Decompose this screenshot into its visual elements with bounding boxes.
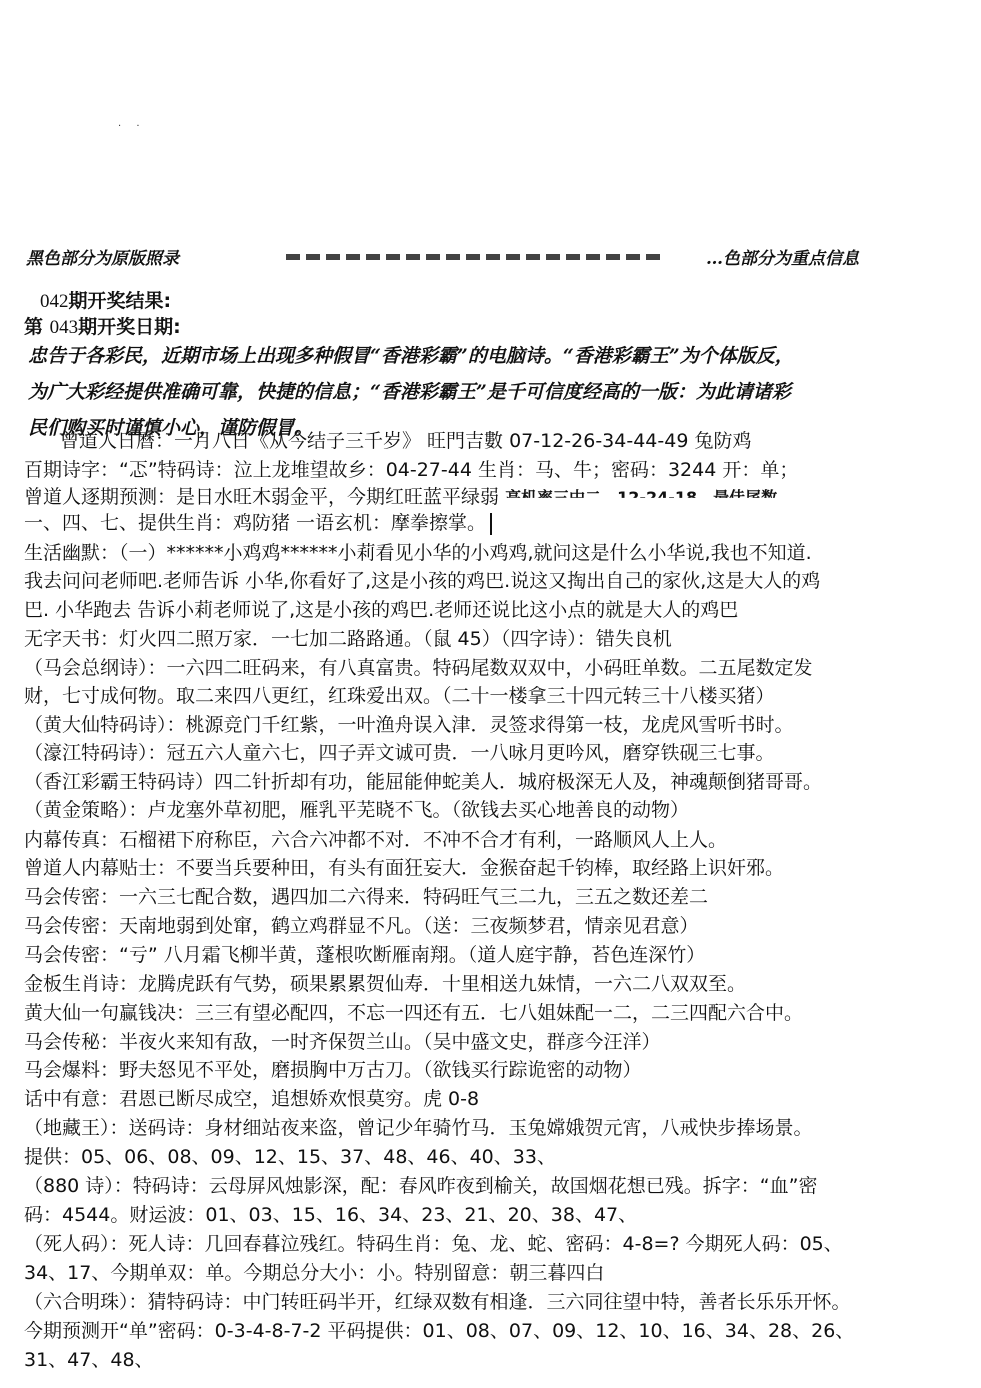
zodiac-text: 一、四、七、提供生肖：鸡防猪 一语玄机：摩拳擦掌。 [24, 512, 486, 534]
text-line: （黄大仙特码诗）：桃源竞门千红紫，一叶渔舟误入津．灵签求得第一枝，龙虎风雪听书时… [24, 713, 794, 737]
text-line: 马会传密：天南地弱到处窜，鹤立鸡群显不凡。（送：三夜频梦君，情亲见君意） [24, 914, 699, 938]
text-line: 内幕传真：石榴裙下府称臣，六合六冲都不对．不冲不合才有利，一路顺风人上人。 [24, 828, 727, 852]
issue-number: 042 [40, 291, 69, 312]
text-line: 今期预测开“单”密码：0-3-4-8-7-2 平码提供：01、08、07、09、… [24, 1319, 854, 1343]
header-middle-obscured [286, 254, 666, 260]
text-line: （六合明珠）：猜特码诗：中门转旺码半开，红绿双数有相逢．三六同往望中特，善者长乐… [24, 1290, 851, 1314]
text-cursor [490, 513, 492, 535]
text-line: 无字天书：灯火四二照万家．一七加二路路通。（鼠 45）（四字诗）：错失良机 [24, 627, 672, 651]
text-line: 黄大仙一句赢钱决：三三有望必配四，不忘一四还有五．七八姐妹配一二，二三四配六合中… [24, 1001, 803, 1025]
text-line: 马会传密：“亏” 八月霜飞柳半黄，蓬根吹断雁南翔。（道人庭宇静，苔色连深竹） [24, 943, 705, 967]
text-line: 提供：05、06、08、09、12、15、37、48、46、40、33、 [24, 1145, 556, 1169]
notice-line: 为广大彩经提供准确可靠，快捷的信息；“香港彩霸王”是千可信度经高的一版：为此请诸… [28, 374, 791, 410]
text-line: （马会总纲诗）：一六四二旺码来，有八真富贵。特码尾数双双中，小码旺单数。二五尾数… [24, 656, 813, 680]
text-line: （死人码）：死人诗：几回春暮泣残红。特码生肖：兔、龙、蛇、密码：4-8=? 今期… [24, 1232, 843, 1256]
text-line: 金板生肖诗：龙腾虎跃有气势，硕果累累贺仙寿．十里相送九妹情，一六二八双双至。 [24, 972, 746, 996]
result-text: 期开奖结果: [69, 290, 172, 312]
next-prefix: 第 [24, 316, 43, 338]
notice-line: 忠告于各彩民，近期市场上出现多种假冒“香港彩霸”的电脑诗。“香港彩霸王”为个体版… [28, 338, 794, 374]
text-line: 马会爆料：野夫怒见不平处，磨损胸中万古刀。（欲钱买行踪诡密的动物） [24, 1058, 642, 1082]
text-line: 一、四、七、提供生肖：鸡防猪 一语玄机：摩拳擦掌。 [24, 511, 492, 535]
text-line: 财，七寸成何物。取二来四八更红，红珠爱出双。（二十一楼拿三十四元转三十八楼买猪） [24, 684, 775, 708]
previous-result-label: 042期开奖结果: [40, 289, 171, 314]
page-header: 黑色部分为原版照录 …色部分为重点信息 [26, 244, 956, 272]
text-line: （880 诗）：特码诗：云母屏风烛影深，配：春风昨夜到榆关，故国烟花想已残。拆字… [24, 1174, 818, 1198]
text-line: 31、47、48、 [24, 1348, 154, 1372]
text-line: 曾道人逐期预测：是日水旺木弱金平，今期红旺蓝平绿弱 高机率三中二、12-24-1… [24, 485, 793, 510]
text-line: 曾道人内幕贴士：不要当兵要种田，有头有面狂妄大．金猴奋起千钧棒，取经路上识奸邪。 [24, 856, 784, 880]
text-line: （黄金策略）：卢龙塞外草初肥，雁乳平芜晓不飞。（欲钱去买心地善良的动物） [24, 798, 689, 822]
text-line: 马会传秘：半夜火来知有敌，一时齐保贺兰山。（吴中盛文史，群彦今汪洋） [24, 1030, 661, 1054]
text-line: 34、17、今期单双：单。今期总分大小：小。特别留意：朝三暮四白 [24, 1261, 604, 1285]
text-line: （地藏王）：送码诗：身材细站夜来盗，曾记少年骑竹马．玉兔嫦娥贺元宵，八戒快步捧场… [24, 1116, 813, 1140]
daily-calendar-line: 曾道人日曆：一月八日《从今结子三千岁》 旺門吉數 07-12-26-34-44-… [60, 429, 751, 453]
next-draw-label: 第 043期开奖日期: [24, 315, 181, 340]
text-line: 码：4544。财运波：01、03、15、16、34、23、21、20、38、47… [24, 1203, 637, 1227]
text-line: 巴. 小华跑去 告诉小莉老师说了,这是小孩的鸡巴.老师还说比这小点的就是大人的鸡… [24, 598, 738, 622]
prediction-text: 曾道人逐期预测：是日水旺木弱金平，今期红旺蓝平绿弱 [24, 486, 499, 508]
stray-marks: . . [118, 118, 146, 129]
text-line: 百期诗字：“忑”特码诗：泣上龙堆望故乡：04-27-44 生肖：马、牛；密码：3… [24, 458, 798, 482]
text-line: 话中有意：君恩已断尽成空，追想娇欢恨莫穷。虎 0-8 [24, 1087, 479, 1111]
next-issue-number: 043 [50, 317, 79, 338]
text-line: 我去问问老师吧.老师告诉 小华,你看好了,这是小孩的鸡巴.说这又掏出自己的家伙,… [24, 569, 820, 593]
header-right: …色部分为重点信息 [706, 244, 859, 269]
header-left: 黑色部分为原版照录 [26, 244, 179, 269]
text-line: （香江彩霸王特码诗）四二针折却有功，能屈能伸蛇美人．城府极深无人及，神魂颠倒猪哥… [24, 770, 822, 794]
cut-off-text: 高机率三中二、12-24-18、最佳尾数、 [505, 488, 793, 507]
text-line: （濠江特码诗）：冠五六人童六七，四子弄文诚可贵．一八咏月更吟风，磨穿铁砚三七事。 [24, 741, 775, 765]
text-line: 生活幽默：（一）******小鸡鸡******小莉看见小华的小鸡鸡,就问这是什么… [24, 541, 812, 565]
next-text: 期开奖日期: [78, 316, 181, 338]
text-line: 马会传密：一六三七配合数，遇四加二六得来．特码旺气三二九，三五之数还差二 [24, 885, 708, 909]
